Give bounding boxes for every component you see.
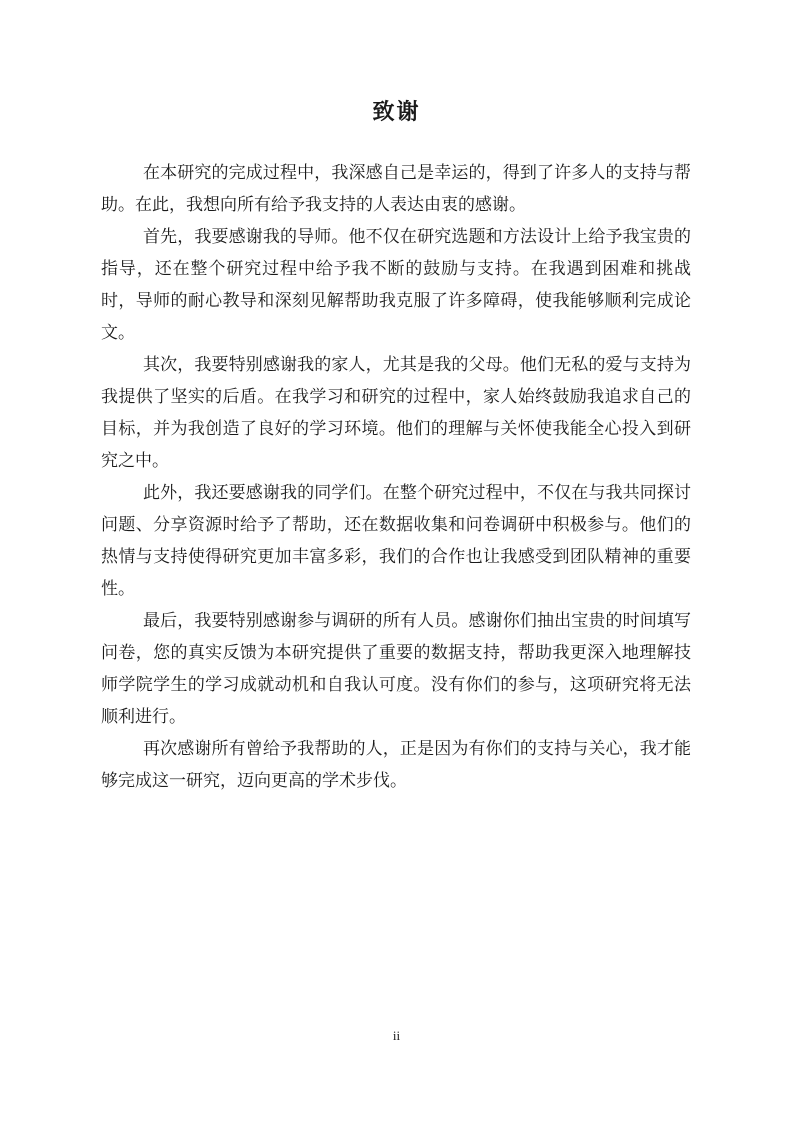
paragraph-advisor: 首先，我要感谢我的导师。他不仅在研究选题和方法设计上给予我宝贵的指导，还在整个研… [101,221,691,349]
paragraph-intro: 在本研究的完成过程中，我深感自己是幸运的，得到了许多人的支持与帮助。在此，我想向… [101,157,691,221]
document-title: 致谢 [0,0,793,126]
page-number: ii [393,1028,400,1043]
paragraph-family: 其次，我要特别感谢我的家人，尤其是我的父母。他们无私的爱与支持为我提供了坚实的后… [101,349,691,477]
page-number-footer: ii [0,1028,793,1044]
paragraph-classmates: 此外，我还要感谢我的同学们。在整个研究过程中，不仅在与我共同探讨问题、分享资源时… [101,477,691,605]
document-page: 致谢 在本研究的完成过程中，我深感自己是幸运的，得到了许多人的支持与帮助。在此，… [0,0,793,1122]
acknowledgments-body: 在本研究的完成过程中，我深感自己是幸运的，得到了许多人的支持与帮助。在此，我想向… [101,157,691,797]
paragraph-closing: 再次感谢所有曾给予我帮助的人，正是因为有你们的支持与关心，我才能够完成这一研究，… [101,733,691,797]
paragraph-participants: 最后，我要特别感谢参与调研的所有人员。感谢你们抽出宝贵的时间填写问卷，您的真实反… [101,605,691,733]
